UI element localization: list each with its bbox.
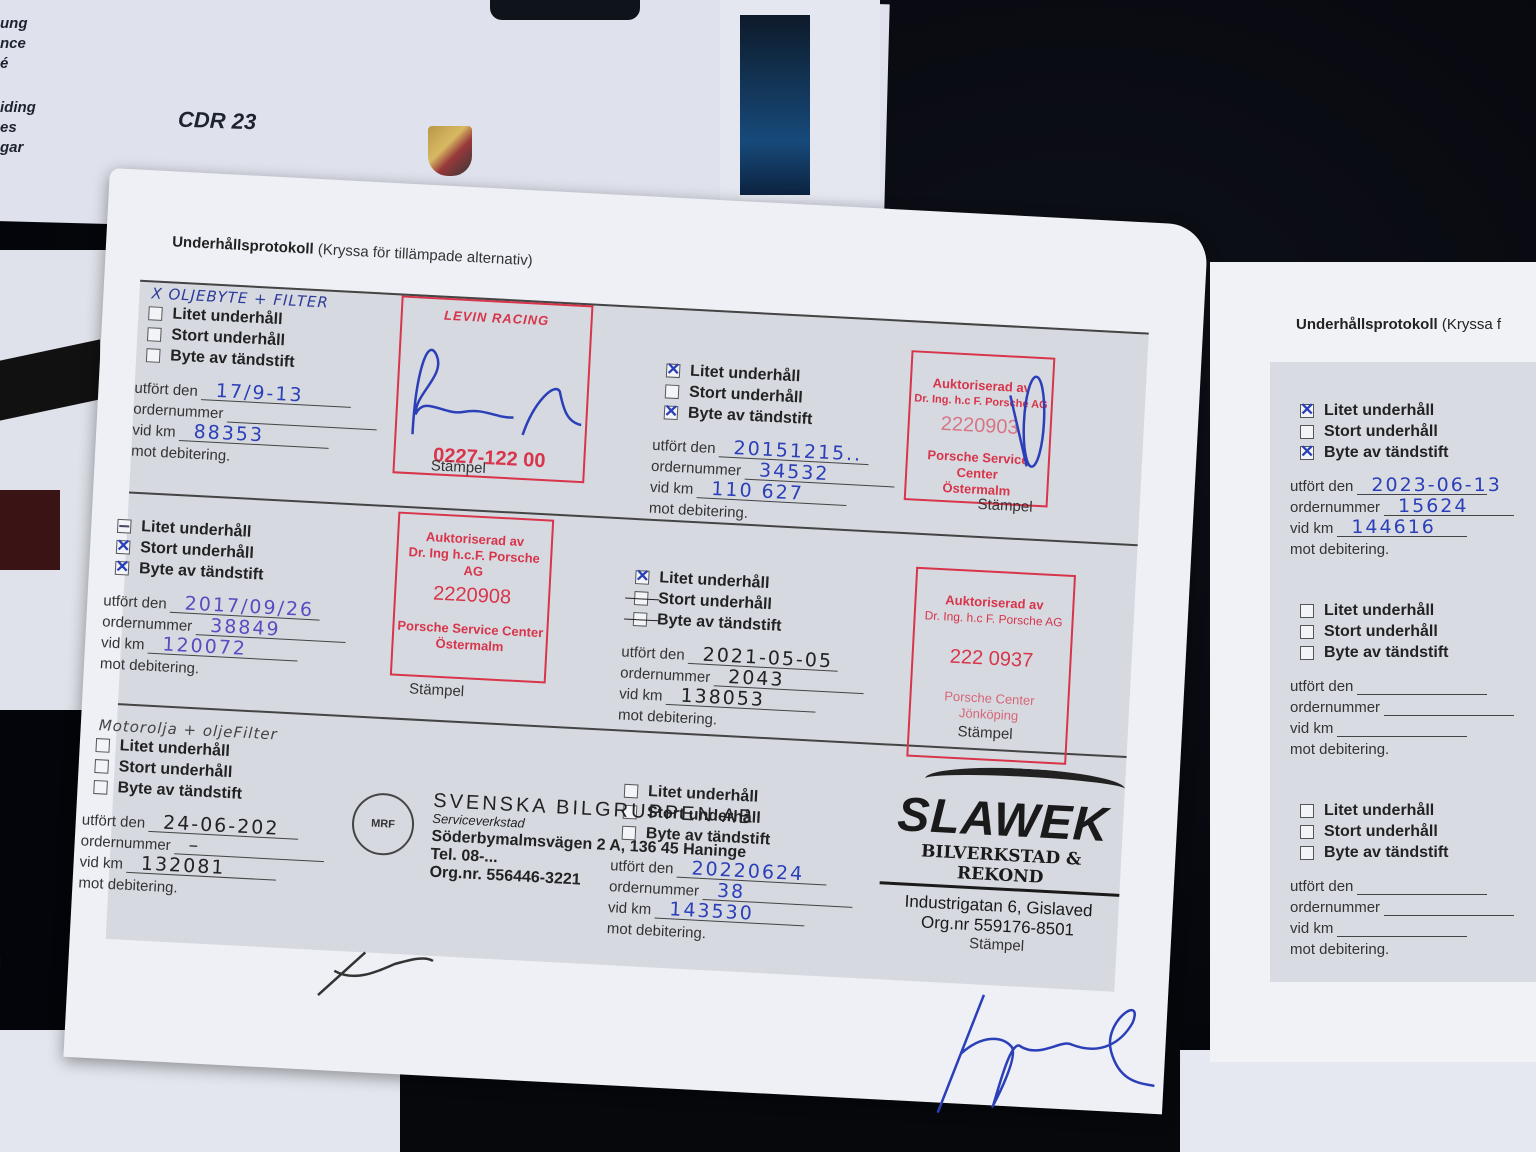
field-label: vid km	[1290, 720, 1333, 737]
checkbox-label: Litet underhåll	[1324, 402, 1434, 420]
entry-fields: utfört den ordernummer vid km mot debite…	[1290, 674, 1514, 758]
checkbox-row-stort-underhall[interactable]: Stort underhåll	[1300, 821, 1448, 842]
side-word: iding	[0, 98, 36, 118]
right-maintenance-form: Litet underhåll Stort underhåll Byte av …	[1270, 362, 1536, 982]
checkbox-row-byte-av-tandstift[interactable]: Byte av tändstift	[1300, 642, 1448, 663]
checkbox-label: Litet underhåll	[1324, 602, 1434, 620]
checkbox-litet-underhall[interactable]	[117, 518, 132, 533]
field-km[interactable]: vid km	[1290, 716, 1514, 737]
checkbox-litet-underhall[interactable]	[1300, 604, 1314, 618]
stamp-porsche-ostermalm-1: Auktoriserad av Dr. Ing. h.c F. Porsche …	[904, 350, 1056, 507]
maintenance-form: X OLJEBYTE + FILTER Litet underhåll Stor…	[106, 280, 1149, 992]
title-text: Underhållsprotokoll	[172, 233, 314, 257]
field-value-km: 120072	[162, 633, 248, 659]
checkbox-label: Byte av tändstift	[657, 611, 782, 635]
signature-icon	[313, 940, 436, 1006]
checkbox-group: Litet underhåll Stort underhåll Byte av …	[663, 359, 815, 430]
entry-fields: utfört den 17/9-13 ordernummer vid km 88…	[131, 376, 379, 473]
field-label: vid km	[1290, 920, 1333, 937]
field-label: mot debitering.	[1290, 741, 1389, 758]
checkbox-byte-av-tandstift[interactable]	[93, 779, 108, 794]
field-line[interactable]	[1337, 719, 1467, 737]
checkbox-stort-underhall[interactable]	[1300, 825, 1314, 839]
checkbox-label: Byte av tändstift	[687, 404, 812, 428]
model-code: CDR 23	[178, 107, 257, 136]
field-label: utfört den	[81, 811, 145, 831]
checkbox-stort-underhall[interactable]	[116, 539, 131, 554]
field-charge: mot debitering.	[1290, 537, 1514, 558]
field-value-date: 2023-06-13	[1371, 474, 1501, 496]
checkbox-group: Litet underhåll Stort underhåll Byte av …	[633, 566, 785, 637]
checkbox-row-byte-av-tandstift[interactable]: Byte av tändstift	[1300, 842, 1448, 863]
field-label: mot debitering.	[606, 920, 706, 942]
stamp-phone: 0227-122 00	[395, 442, 584, 475]
stamp-label: Stämpel	[409, 680, 465, 700]
checkbox-row-litet-underhall[interactable]: Litet underhåll	[1300, 800, 1448, 821]
field-label: ordernummer	[1290, 699, 1380, 716]
stamp-code: 2220903	[909, 410, 1050, 441]
checkbox-label: Stort underhåll	[1324, 823, 1438, 841]
stamp-code: 2220908	[396, 580, 549, 612]
field-line[interactable]: 15624	[1384, 498, 1514, 516]
title-text: Underhållsprotokoll	[1296, 316, 1438, 333]
stamp-label: Stämpel	[977, 496, 1033, 516]
stamp-label: Stämpel	[957, 723, 1013, 743]
field-label: mot debitering.	[78, 874, 178, 896]
field-value-km: 143530	[669, 898, 755, 924]
checkbox-byte-av-tandstift[interactable]	[633, 612, 648, 627]
checkbox-group: Litet underhåll Stort underhåll Byte av …	[1300, 400, 1448, 463]
field-order[interactable]: ordernummer 15624	[1290, 495, 1514, 516]
field-label: vid km	[79, 853, 123, 872]
checkbox-stort-underhall[interactable]	[147, 327, 162, 342]
side-word: ung	[0, 14, 36, 34]
checkbox-stort-underhall[interactable]	[1300, 425, 1314, 439]
field-km[interactable]: vid km 144616	[1290, 516, 1514, 537]
checkbox-litet-underhall[interactable]	[95, 738, 110, 753]
field-label: mot debitering.	[100, 655, 200, 677]
field-date[interactable]: utfört den	[1290, 874, 1514, 895]
field-label: utfört den	[1290, 478, 1353, 495]
entry-fields: utfört den ordernummer vid km mot debite…	[1290, 874, 1514, 958]
left-page: Underhållsprotokoll (Kryssa för tillämpa…	[63, 168, 1198, 1114]
field-line[interactable]	[1357, 877, 1487, 895]
field-label: utfört den	[621, 643, 685, 663]
field-label: mot debitering.	[1290, 541, 1389, 558]
checkbox-label: Byte av tändstift	[1324, 844, 1448, 862]
field-label: vid km	[608, 899, 652, 918]
checkbox-label: Stort underhåll	[1324, 623, 1438, 641]
field-km[interactable]: vid km	[1290, 916, 1514, 937]
field-line[interactable]	[1384, 698, 1514, 716]
field-label: mot debitering.	[1290, 941, 1389, 958]
field-line[interactable]	[1337, 919, 1467, 937]
field-label: utfört den	[103, 592, 167, 612]
checkbox-label: Byte av tändstift	[1324, 644, 1448, 662]
entry-fields: utfört den 2017/09/26 ordernummer 38849 …	[100, 588, 348, 685]
checkbox-label: Stort underhåll	[1324, 423, 1438, 441]
title-subtitle: (Kryssa för tillämpade alternativ)	[317, 241, 533, 269]
field-date[interactable]: utfört den	[1290, 674, 1514, 695]
stamp-label: Stämpel	[430, 457, 486, 477]
background-side-words: ung nce é iding es gar	[0, 14, 36, 158]
side-word: es	[0, 118, 36, 138]
entry-fields: utfört den 20151215.. ordernummer 34532 …	[648, 433, 896, 530]
title-subtitle: (Kryssa f	[1442, 316, 1501, 333]
checkbox-litet-underhall[interactable]	[666, 363, 681, 378]
checkbox-litet-underhall[interactable]	[1300, 804, 1314, 818]
field-charge: mot debitering.	[1290, 737, 1514, 758]
field-label: vid km	[101, 634, 145, 653]
field-label: mot debitering.	[131, 443, 231, 465]
checkbox-group: Litet underhåll Stort underhåll Byte av …	[115, 515, 267, 586]
side-word: nce	[0, 34, 36, 54]
field-value-km: 88353	[193, 421, 265, 447]
stamp-line: Dr. Ing h.c.F. Porsche AG	[397, 544, 550, 584]
stamp-slawek: SLAWEK BILVERKSTAD & REKOND Industrigata…	[876, 789, 1124, 959]
field-label: vid km	[132, 422, 176, 441]
checkbox-label: Litet underhåll	[1324, 802, 1434, 820]
field-line[interactable]	[1384, 898, 1514, 916]
maintenance-entry: Litet underhåll Stort underhåll Byte av …	[1290, 782, 1536, 992]
checkbox-litet-underhall[interactable]	[635, 570, 650, 585]
checkbox-label: Byte av tändstift	[139, 560, 264, 584]
checkbox-byte-av-tandstift[interactable]	[115, 560, 130, 575]
field-label: ordernummer	[1290, 899, 1380, 916]
checkbox-group: Litet underhåll Stort underhåll Byte av …	[1300, 600, 1448, 663]
stamp-levin-racing: LEVIN RACING 0227-122 00	[392, 295, 593, 483]
field-line[interactable]: 2023-06-13	[1357, 477, 1487, 495]
checkbox-byte-av-tandstift[interactable]	[1300, 646, 1314, 660]
side-word: é	[0, 54, 36, 74]
field-value-km: 138053	[680, 685, 766, 711]
checkbox-stort-underhall[interactable]	[665, 384, 680, 399]
maintenance-entry: Litet underhåll Stort underhåll Byte av …	[1290, 382, 1536, 592]
checkbox-byte-av-tandstift[interactable]	[664, 405, 679, 420]
field-label: utfört den	[652, 437, 716, 457]
checkbox-group: Litet underhåll Stort underhåll Byte av …	[93, 734, 245, 805]
background-document-2	[720, 0, 880, 200]
field-order[interactable]: ordernummer	[1290, 895, 1514, 916]
field-label: utfört den	[1290, 678, 1353, 695]
checkbox-stort-underhall[interactable]	[94, 759, 109, 774]
stamp-title: LEVIN RACING	[402, 306, 591, 332]
background-bottom-right-page	[1180, 1050, 1536, 1152]
service-booklet: Underhållsprotokoll (Kryssa för tillämpa…	[63, 168, 1208, 1114]
background-black-bar	[490, 0, 640, 20]
field-value-order: 15624	[1398, 495, 1468, 517]
field-label: ordernummer	[1290, 499, 1380, 516]
checkbox-row-byte-av-tandstift[interactable]: Byte av tändstift	[1300, 442, 1448, 463]
maintenance-entry: Litet underhåll Stort underhåll Byte av …	[1290, 582, 1536, 792]
field-order[interactable]: ordernummer	[1290, 695, 1514, 716]
checkbox-stort-underhall[interactable]	[1300, 625, 1314, 639]
field-date[interactable]: utfört den 2023-06-13	[1290, 474, 1514, 495]
blue-strip	[740, 15, 810, 195]
field-label: mot debitering.	[618, 706, 718, 728]
stamp-code: 222 0937	[913, 643, 1070, 675]
checkbox-stort-underhall[interactable]	[634, 591, 649, 606]
checkbox-group: Litet underhåll Stort underhåll Byte av …	[146, 302, 298, 373]
field-value-order: –	[188, 834, 201, 857]
checkbox-row-stort-underhall[interactable]: Stort underhåll	[1300, 421, 1448, 442]
field-line[interactable]: 144616	[1337, 519, 1467, 537]
field-label: utfört den	[1290, 878, 1353, 895]
field-label: vid km	[650, 479, 694, 498]
checkbox-label: Byte av tändstift	[1324, 444, 1448, 462]
side-word: gar	[0, 138, 36, 158]
checkbox-row-litet-underhall[interactable]: Litet underhåll	[1300, 600, 1448, 621]
checkbox-byte-av-tandstift[interactable]	[146, 348, 161, 363]
checkbox-label: Byte av tändstift	[117, 779, 242, 803]
seal-text: MRF	[371, 818, 395, 831]
field-label: vid km	[619, 685, 663, 704]
field-label: vid km	[1290, 520, 1333, 537]
stamp-porsche-ostermalm-2: Auktoriserad av Dr. Ing h.c.F. Porsche A…	[390, 512, 554, 684]
porsche-crest-icon	[428, 126, 472, 176]
checkbox-row-litet-underhall[interactable]: Litet underhåll	[1300, 400, 1448, 421]
checkbox-byte-av-tandstift[interactable]	[1300, 446, 1314, 460]
field-value-date: 17/9-13	[215, 380, 304, 407]
checkbox-litet-underhall[interactable]	[148, 306, 163, 321]
field-value-km: 144616	[1351, 516, 1436, 538]
page-title: Underhållsprotokoll (Kryssa för tillämpa…	[172, 233, 533, 269]
checkbox-byte-av-tandstift[interactable]	[1300, 846, 1314, 860]
entry-fields: utfört den 24-06-202 ordernummer – vid k…	[78, 807, 326, 904]
maintenance-entry: Litet underhåll Stort underhåll Byte av …	[647, 341, 1157, 577]
checkbox-label: Byte av tändstift	[170, 347, 295, 371]
right-page-title: Underhållsprotokoll (Kryssa f	[1296, 316, 1501, 333]
field-label: utfört den	[134, 380, 198, 400]
field-value-km: 132081	[140, 853, 226, 879]
checkbox-row-stort-underhall[interactable]: Stort underhåll	[1300, 621, 1448, 642]
field-charge: mot debitering.	[1290, 937, 1514, 958]
checkbox-group: Litet underhåll Stort underhåll Byte av …	[1300, 800, 1448, 863]
field-line[interactable]	[1357, 677, 1487, 695]
stamp-svenska-bilgruppen: SVENSKA BILGRUPPEN AB Serviceverkstad Sö…	[429, 792, 755, 899]
entry-fields: utfört den 2021-05-05 ordernummer 2043 v…	[618, 639, 866, 736]
right-page: Underhållsprotokoll (Kryssa f Litet unde…	[1210, 262, 1536, 1062]
checkbox-litet-underhall[interactable]	[1300, 404, 1314, 418]
entry-fields: utfört den 2023-06-13 ordernummer 15624 …	[1290, 474, 1514, 558]
checkbox-litet-underhall[interactable]	[624, 783, 639, 798]
field-label: mot debitering.	[648, 500, 748, 522]
